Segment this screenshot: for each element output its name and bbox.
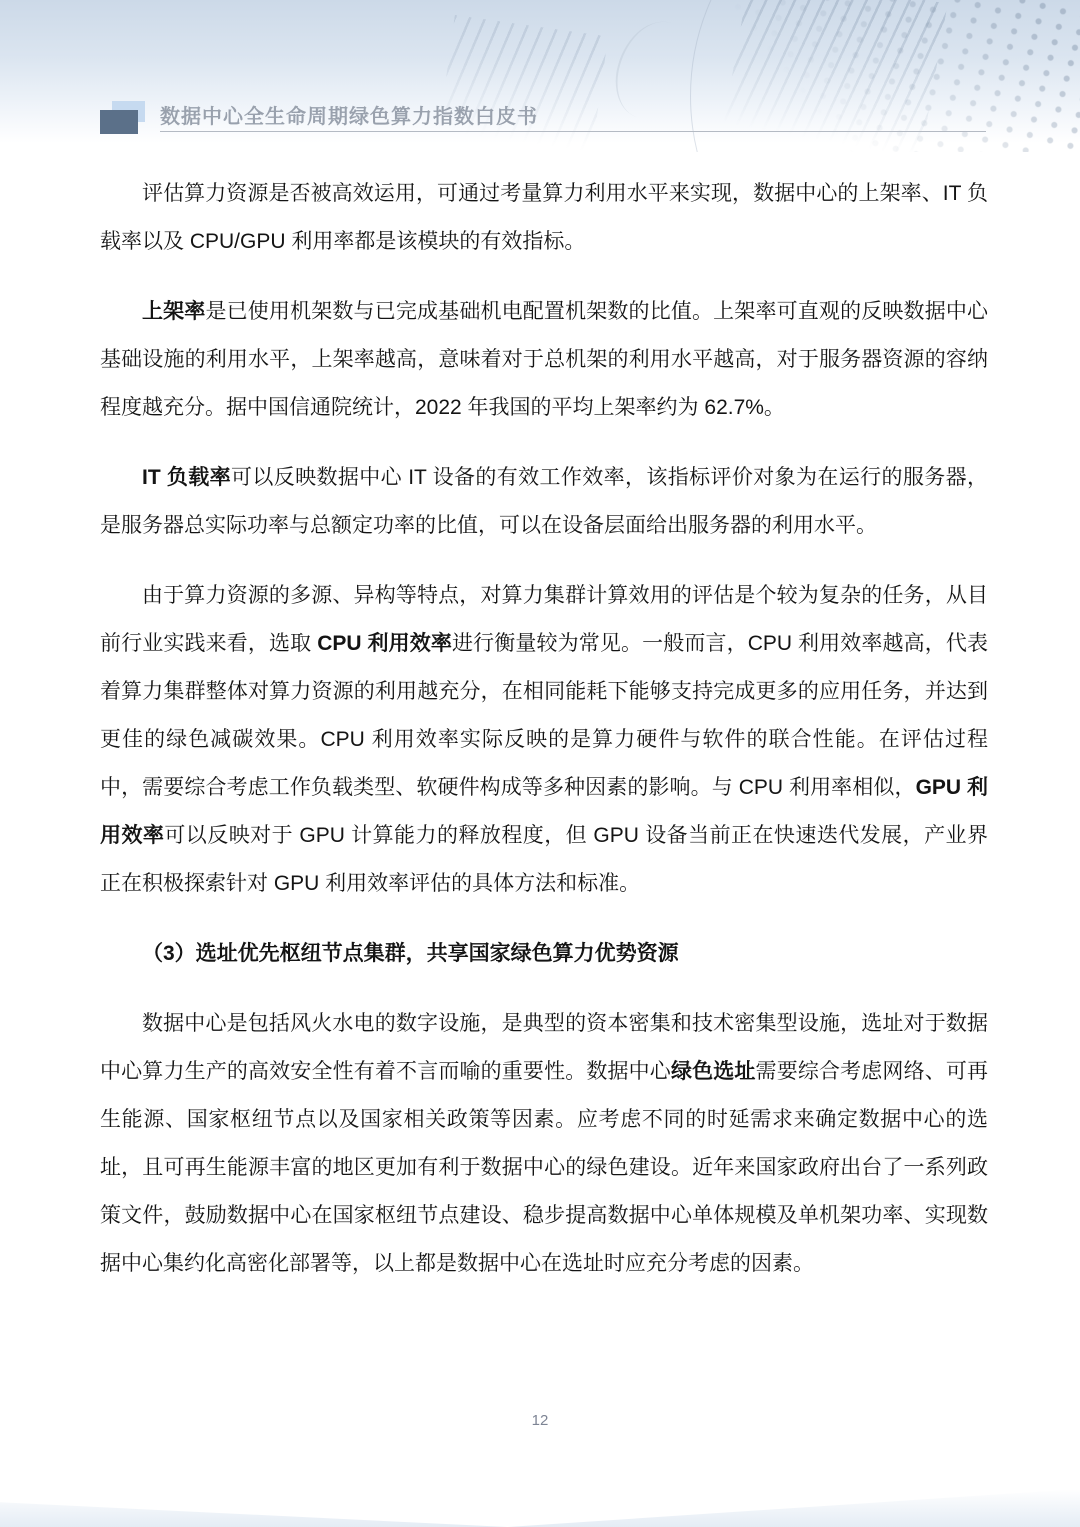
header-banner — [0, 0, 1080, 152]
text-run: 可以反映对于 GPU 计算能力的释放程度，但 GPU 设备当前正在快速迭代发展，… — [100, 824, 988, 895]
sail-sketch-decoration-icon — [606, 12, 703, 128]
body-paragraph: 由于算力资源的多源、异构等特点，对算力集群计算效用的评估是个较为复杂的任务，从目… — [100, 572, 988, 908]
document-header-title: 数据中心全生命周期绿色算力指数白皮书 — [160, 100, 538, 129]
dark-square-icon — [100, 110, 138, 134]
text-run: 是已使用机架数与已完成基础机电配置机架数的比值。上架率可直观的反映数据中心基础设… — [100, 300, 988, 419]
section-heading: （3）选址优先枢纽节点集群，共享国家绿色算力优势资源 — [100, 930, 988, 978]
text-run: 进行衡量较为常见。一般而言，CPU 利用效率越高，代表着算力集群整体对算力资源的… — [100, 632, 988, 799]
emphasized-text: CPU 利用效率 — [317, 632, 452, 655]
body-paragraph: IT 负载率可以反映数据中心 IT 设备的有效工作效率，该指标评价对象为在运行的… — [100, 454, 988, 550]
text-run: 评估算力资源是否被高效运用，可通过考量算力利用水平来实现，数据中心的上架率、IT… — [100, 182, 988, 253]
emphasized-text: （3）选址优先枢纽节点集群，共享国家绿色算力优势资源 — [142, 942, 679, 965]
text-run: 需要综合考虑网络、可再生能源、国家枢纽节点以及国家相关政策等因素。应考虑不同的时… — [100, 1060, 988, 1275]
document-body: 评估算力资源是否被高效运用，可通过考量算力利用水平来实现，数据中心的上架率、IT… — [100, 170, 988, 1310]
header-divider — [160, 131, 986, 132]
diagonal-dashes-decoration-icon — [722, 0, 948, 152]
emphasized-text: 绿色选址 — [671, 1060, 756, 1083]
text-run: 可以反映数据中心 IT 设备的有效工作效率，该指标评价对象为在运行的服务器，是服… — [100, 466, 988, 537]
page-number: 12 — [0, 1412, 1080, 1429]
emphasized-text: IT 负载率 — [142, 466, 231, 489]
body-paragraph: 上架率是已使用机架数与已完成基础机电配置机架数的比值。上架率可直观的反映数据中心… — [100, 288, 988, 432]
document-page: 数据中心全生命周期绿色算力指数白皮书 评估算力资源是否被高效运用，可通过考量算力… — [0, 0, 1080, 1527]
body-paragraph: 数据中心是包括风火水电的数字设施，是典型的资本密集和技术密集型设施，选址对于数据… — [100, 1000, 988, 1288]
emphasized-text: 上架率 — [142, 300, 205, 323]
footer-wave-decoration-icon — [0, 1489, 1080, 1527]
body-paragraph: 评估算力资源是否被高效运用，可通过考量算力利用水平来实现，数据中心的上架率、IT… — [100, 170, 988, 266]
